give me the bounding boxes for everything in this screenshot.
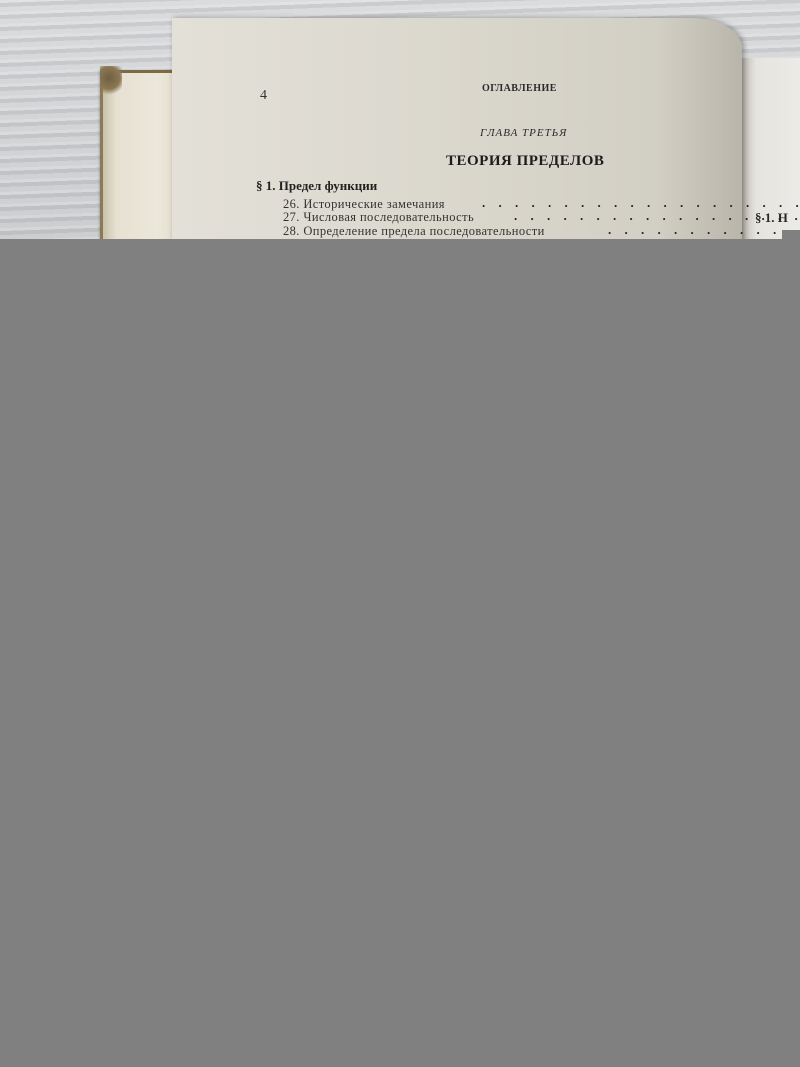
page-number: 4 [260, 88, 267, 104]
worn-cover-corner [100, 66, 122, 96]
toc-entry-label: 28. Определение предела последовательнос… [283, 224, 545, 238]
gray-redaction-block-edge [782, 230, 800, 242]
toc-leader-dots: . . . . . . . . . . . . . [608, 222, 800, 238]
toc-entry-label: 27. Числовая последовательность [283, 210, 474, 224]
toc-entry: 28. Определение предела последовательнос… [283, 224, 545, 239]
gray-redaction-block [0, 239, 800, 1067]
chapter-label: ГЛАВА ТРЕТЬЯ [480, 127, 567, 139]
section-title: § 1. Предел функции [256, 178, 377, 194]
chapter-title: ТЕОРИЯ ПРЕДЕЛОВ [446, 153, 604, 170]
toc-entry: 27. Числовая последовательность [283, 210, 474, 225]
running-header: ОГЛАВЛЕНИЕ [482, 83, 557, 94]
toc-entry-label: 26. Исторические замечания [283, 197, 445, 211]
